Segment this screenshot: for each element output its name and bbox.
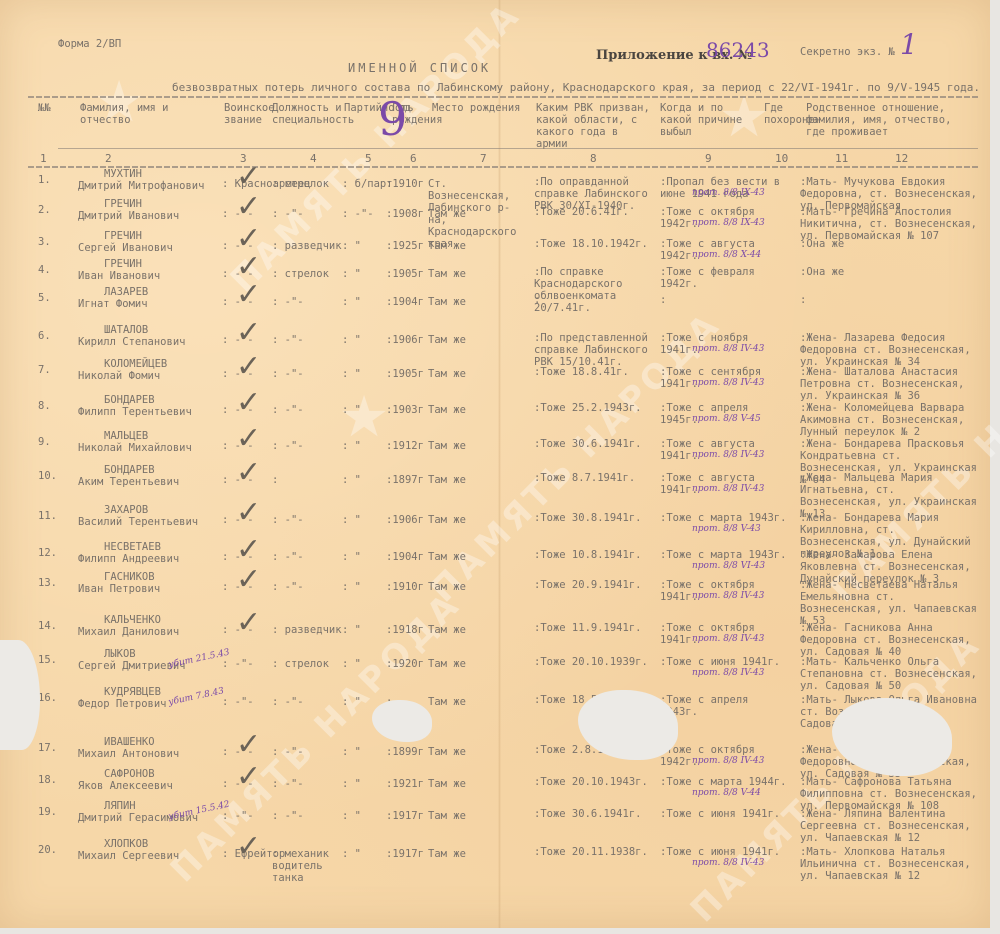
paper-damage (372, 700, 432, 742)
party: : " (342, 240, 361, 252)
check-mark-icon: ✓ (236, 832, 261, 862)
draft-info: :Тоже 25.2.1943г. (534, 402, 659, 414)
col-number: 12 (895, 152, 908, 165)
position: : -"- (272, 404, 342, 416)
party: : " (342, 810, 361, 822)
birth-year: :1910г (386, 178, 424, 190)
protocol-annotation: прот. 8/8 IV-43 (692, 591, 764, 601)
check-mark-icon: ✓ (236, 192, 261, 222)
col-number: 5 (365, 152, 372, 165)
draft-info: :Тоже 20.9.1941г. (534, 579, 659, 591)
birthplace: Там же (428, 658, 528, 670)
row-number: 12. (38, 547, 57, 559)
given-names: Аким Терентьевич (78, 476, 179, 488)
relative: :Она же (800, 238, 978, 250)
paper-damage (0, 640, 40, 750)
birth-year: :1920г (386, 658, 424, 670)
position: : -"- (272, 551, 342, 563)
birthplace: Там же (428, 581, 528, 593)
divider (58, 148, 978, 149)
col-header-3: Воинское звание (224, 102, 274, 126)
row-number: 11. (38, 510, 57, 522)
col-number: 9 (705, 152, 712, 165)
check-mark-icon: ✓ (236, 388, 261, 418)
party: : " (342, 696, 361, 708)
given-names: Филипп Терентьевич (78, 406, 192, 418)
document-title: Именной список (348, 62, 491, 74)
relative: :Жена- Гасникова Анна Федоровна ст. Возн… (800, 622, 978, 658)
party: : -"- (342, 208, 374, 220)
position: : стрелок (272, 178, 342, 190)
birthplace: Там же (428, 514, 528, 526)
row-number: 8. (38, 400, 51, 412)
given-names: Василий Терентьевич (78, 516, 198, 528)
surname: НЕСВЕТАЕВ (104, 541, 161, 553)
col-number: 10 (775, 152, 788, 165)
relative: :Жена- Несветаева Наталья Емельяновна ст… (800, 579, 978, 627)
party: : " (342, 268, 361, 280)
surname: ЛАЗАРЕВ (104, 286, 148, 298)
party: : " (342, 778, 361, 790)
col-header-2: Фамилия, имя и отчество (80, 102, 220, 126)
birth-year: :1904г (386, 551, 424, 563)
check-mark-icon: ✓ (236, 318, 261, 348)
protocol-annotation: прот. 8/8 IX-43 (692, 218, 765, 228)
protocol-annotation: прот. 8/8 IV-43 (692, 668, 764, 678)
surname: МУХТИН (104, 168, 142, 180)
protocol-annotation: прот. 8/8 IX-43 (692, 188, 765, 198)
given-names: Николай Фомич (78, 370, 160, 382)
surname: ГРЕЧИН (104, 258, 142, 270)
check-mark-icon: ✓ (236, 498, 261, 528)
birth-year: :1910г (386, 581, 424, 593)
position: : -"- (272, 368, 342, 380)
birthplace: Там же (428, 551, 528, 563)
surname: ЗАХАРОВ (104, 504, 148, 516)
check-mark-icon: ✓ (236, 565, 261, 595)
birthplace: Там же (428, 404, 528, 416)
row-number: 7. (38, 364, 51, 376)
relative: : (800, 294, 978, 306)
row-number: 17. (38, 742, 57, 754)
surname: ИВАШЕНКО (104, 736, 155, 748)
position: : -"- (272, 514, 342, 526)
party: : " (342, 474, 361, 486)
given-names: Николай Михайлович (78, 442, 192, 454)
fate: :Тоже с марта 1944г. (660, 776, 790, 788)
secret-label: Секретно экз. № (800, 46, 895, 58)
birth-year: :1903г (386, 404, 424, 416)
birthplace: Там же (428, 696, 528, 708)
relative: :Она же (800, 266, 978, 278)
surname: ГАСНИКОВ (104, 571, 155, 583)
document-page: ★ ПАМЯТЬ НАРОДА ★ ПАМЯТЬ НАРОДА ★ ПАМЯТЬ… (0, 0, 990, 928)
given-names: Филипп Андреевич (78, 553, 179, 565)
col-header-4: Должность и специальность (272, 102, 342, 126)
col-header-11: Родственное отношение, фамилия, имя, отч… (806, 102, 976, 138)
draft-info: : (534, 294, 659, 306)
row-number: 14. (38, 620, 57, 632)
relative: :Мать- Кальченко Ольга Степановна ст. Во… (800, 656, 978, 692)
draft-info: :Тоже 20.6.41г. (534, 206, 659, 218)
fate: :Тоже с июня 1941г. (660, 656, 790, 668)
row-number: 10. (38, 470, 57, 482)
birthplace: Там же (428, 778, 528, 790)
surname: ЛЯПИН (104, 800, 136, 812)
protocol-annotation: прот. 8/8 IV-43 (692, 344, 764, 354)
protocol-annotation: прот. 8/8 X-44 (692, 250, 761, 260)
draft-info: :Тоже 8.7.1941г. (534, 472, 659, 484)
birthplace: Там же (428, 474, 528, 486)
relative: :Мать- Сафронова Татьяна Филипповна ст. … (800, 776, 978, 812)
birth-year: :1925г (386, 240, 424, 252)
check-mark-icon: ✓ (236, 608, 261, 638)
draft-info: :Тоже 30.8.1941г. (534, 512, 659, 524)
check-mark-icon: ✓ (236, 762, 261, 792)
birth-year: :1905г (386, 268, 424, 280)
party: : " (342, 440, 361, 452)
party: : " (342, 624, 361, 636)
folio-mark: 9 (378, 92, 407, 146)
birthplace: Там же (428, 746, 528, 758)
row-number: 16. (38, 692, 57, 704)
birth-year: :1905г (386, 368, 424, 380)
birth-year: :1912г (386, 440, 424, 452)
protocol-annotation: прот. 8/8 VI-43 (692, 561, 765, 571)
divider (28, 166, 978, 168)
position: : механик водитель танка (272, 848, 342, 884)
fate: :Тоже с февраля 1942г. (660, 266, 790, 290)
given-names: Дмитрий Митрофанович (78, 180, 204, 192)
draft-info: :Тоже 30.6.1941г. (534, 438, 659, 450)
check-mark-icon: ✓ (236, 730, 261, 760)
col-header-1: №№ (38, 102, 51, 114)
surname: ГРЕЧИН (104, 198, 142, 210)
position: : -"- (272, 440, 342, 452)
party: : " (342, 551, 361, 563)
given-names: Сергей Иванович (78, 242, 173, 254)
birthplace: Там же (428, 334, 528, 346)
protocol-annotation: прот. 8/8 V-44 (692, 788, 761, 798)
birthplace: Там же (428, 368, 528, 380)
relative: :Мать- Гречина Апостолия Никитична, ст. … (800, 206, 978, 242)
surname: ХЛОПКОВ (104, 838, 148, 850)
given-names: Михаил Данилович (78, 626, 179, 638)
rank: : -"- (222, 696, 254, 708)
check-mark-icon: ✓ (236, 535, 261, 565)
draft-info: :Тоже 30.6.1941г. (534, 808, 659, 820)
document-subtitle: безвозвратных потерь личного состава по … (172, 82, 980, 94)
surname: САФРОНОВ (104, 768, 155, 780)
surname: КУДРЯВЦЕВ (104, 686, 161, 698)
draft-info: :Тоже 18.8.41г. (534, 366, 659, 378)
draft-info: :По представленной справке Лабинского РВ… (534, 332, 659, 368)
check-mark-icon: ✓ (236, 162, 261, 192)
position: : -"- (272, 696, 342, 708)
col-number: 4 (310, 152, 317, 165)
protocol-annotation: прот. 8/8 IV-43 (692, 858, 764, 868)
given-names: Иван Иванович (78, 270, 160, 282)
given-names: Кирилл Степанович (78, 336, 185, 348)
protocol-annotation: прот. 8/8 IV-43 (692, 634, 764, 644)
fate: :Тоже с июня 1941г. (660, 808, 790, 820)
relative: :Мать- Хлопкова Наталья Ильинична ст. Во… (800, 846, 978, 882)
row-number: 1. (38, 174, 51, 186)
col-number: 8 (590, 152, 597, 165)
relative: :Жена- Ляпина Валентина Сергеевна ст. Во… (800, 808, 978, 844)
col-number: 11 (835, 152, 848, 165)
birthplace: Там же (428, 810, 528, 822)
party: : " (342, 746, 361, 758)
given-names: Иван Петрович (78, 583, 160, 595)
col-header-7: Место рождения (432, 102, 522, 114)
position: : -"- (272, 208, 342, 220)
draft-info: :Тоже 20.11.1938г. (534, 846, 659, 858)
birth-year: :1921г (386, 778, 424, 790)
birthplace: Там же (428, 440, 528, 452)
birth-year: :1897г (386, 474, 424, 486)
draft-info: :Тоже 10.8.1941г. (534, 549, 659, 561)
col-number: 6 (410, 152, 417, 165)
surname: БОНДАРЕВ (104, 394, 155, 406)
row-number: 4. (38, 264, 51, 276)
row-number: 13. (38, 577, 57, 589)
birth-year: :1918г (386, 624, 424, 636)
surname: ЛЫКОВ (104, 648, 136, 660)
fate: :Тоже с июня 1941г. (660, 846, 790, 858)
rank: : -"- (222, 658, 254, 670)
col-header-10: Где похоронен (764, 102, 804, 126)
given-names: Дмитрий Иванович (78, 210, 179, 222)
fate: : (660, 294, 790, 306)
col-number: 2 (105, 152, 112, 165)
check-mark-icon: ✓ (236, 280, 261, 310)
given-names: Михаил Сергеевич (78, 850, 179, 862)
party: : " (342, 581, 361, 593)
check-mark-icon: ✓ (236, 458, 261, 488)
position: : стрелок (272, 268, 342, 280)
protocol-annotation: прот. 8/8 V-43 (692, 524, 761, 534)
row-number: 20. (38, 844, 57, 856)
row-number: 9. (38, 436, 51, 448)
col-number: 7 (480, 152, 487, 165)
fate: :Тоже с марта 1943г. (660, 512, 790, 524)
protocol-annotation: прот. 8/8 IV-43 (692, 484, 764, 494)
protocol-annotation: прот. 8/8 IV-43 (692, 450, 764, 460)
party: : б/парт (342, 178, 393, 190)
fate: :Тоже с марта 1943г. (660, 549, 790, 561)
draft-info: :Тоже 20.10.1939г. (534, 656, 659, 668)
position: : -"- (272, 296, 342, 308)
birthplace: Там же (428, 240, 528, 252)
row-number: 18. (38, 774, 57, 786)
position: : -"- (272, 810, 342, 822)
birthplace: Там же (428, 208, 528, 220)
birth-year: :1908г (386, 208, 424, 220)
row-number: 15. (38, 654, 57, 666)
party: : " (342, 658, 361, 670)
birth-year: :1917г (386, 848, 424, 860)
draft-info: :Тоже 18.10.1942г. (534, 238, 659, 250)
watermark-text: ПАМЯТЬ НАРОДА (225, 0, 528, 299)
birth-year: :1904г (386, 296, 424, 308)
surname: ГРЕЧИН (104, 230, 142, 242)
party: : " (342, 296, 361, 308)
position: : (272, 474, 342, 486)
position: : разведчик (272, 624, 342, 636)
col-header-9: Когда и по какой причине выбыл (660, 102, 760, 138)
copy-number: 1 (900, 28, 918, 61)
relative: :Жена- Шаталова Анастасия Петровна ст. В… (800, 366, 978, 402)
col-header-8: Каким РВК призван, какой области, с како… (536, 102, 656, 150)
position: : -"- (272, 778, 342, 790)
protocol-annotation: прот. 8/8 IV-43 (692, 378, 764, 388)
row-number: 2. (38, 204, 51, 216)
surname: БОНДАРЕВ (104, 464, 155, 476)
given-names: Михаил Антонович (78, 748, 179, 760)
birth-year: :1899г (386, 746, 424, 758)
position: : стрелок (272, 658, 342, 670)
protocol-annotation: прот. 8/8 V-45 (692, 414, 761, 424)
party: : " (342, 514, 361, 526)
birth-year: :1906г (386, 334, 424, 346)
relative: :Жена- Коломейцева Варвара Акимовна ст. … (800, 402, 978, 438)
given-names: Федор Петрович (78, 698, 167, 710)
check-mark-icon: ✓ (236, 352, 261, 382)
check-mark-icon: ✓ (236, 424, 261, 454)
position: : разведчик (272, 240, 342, 252)
given-names: Яков Алексеевич (78, 780, 173, 792)
protocol-annotation: прот. 8/8 IV-43 (692, 756, 764, 766)
birthplace: Там же (428, 848, 528, 860)
position: : -"- (272, 746, 342, 758)
party: : " (342, 368, 361, 380)
party: : " (342, 334, 361, 346)
draft-info: :Тоже 20.10.1943г. (534, 776, 659, 788)
given-names: Игнат Фомич (78, 298, 148, 310)
row-number: 6. (38, 330, 51, 342)
party: : " (342, 404, 361, 416)
form-label: Форма 2/ВП (58, 38, 121, 50)
surname: КАЛЬЧЕНКО (104, 614, 161, 626)
col-number: 1 (40, 152, 47, 165)
surname: ШАТАЛОВ (104, 324, 148, 336)
birthplace: Там же (428, 268, 528, 280)
fate: :Тоже с апреля 1943г. (660, 694, 790, 718)
row-number: 5. (38, 292, 51, 304)
draft-info: :Тоже 11.9.1941г. (534, 622, 659, 634)
surname: КОЛОМЕЙЦЕВ (104, 358, 167, 370)
row-number: 3. (38, 236, 51, 248)
appendix-number: 86243 (706, 38, 770, 62)
birthplace: Там же (428, 296, 528, 308)
rank: : -"- (222, 810, 254, 822)
birth-year: :1906г (386, 514, 424, 526)
relative: :Жена- Лазарева Федосия Федоровна ст. Во… (800, 332, 978, 368)
draft-info: :По справке Краснодарского облвоенкомата… (534, 266, 659, 314)
death-annotation: убит 7.8.43 (168, 686, 225, 708)
row-number: 19. (38, 806, 57, 818)
surname: МАЛЬЦЕВ (104, 430, 148, 442)
birthplace: Там же (428, 624, 528, 636)
divider (28, 96, 978, 98)
birth-year: :1917г (386, 810, 424, 822)
position: : -"- (272, 334, 342, 346)
position: : -"- (272, 581, 342, 593)
party: : " (342, 848, 361, 860)
